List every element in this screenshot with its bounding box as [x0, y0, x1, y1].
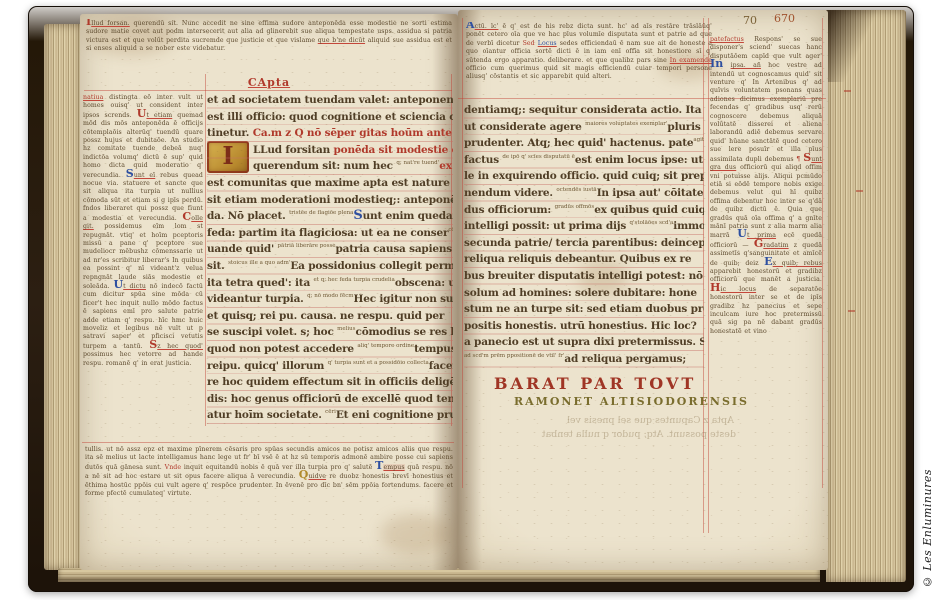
gloss-run: ctū. lc'	[475, 23, 499, 30]
fore-edge-mark	[856, 190, 863, 192]
interlinear-gloss: octendēs iustā	[556, 187, 596, 193]
text-line: positis honestis. utrū honestius. Hic lo…	[464, 318, 704, 335]
gloss-run: t etiam	[146, 112, 172, 119]
gloss-run: de separatōe honestorū inter se et de ip…	[710, 286, 822, 335]
interlinear-gloss: cēri	[325, 409, 336, 415]
ruling-line	[822, 18, 823, 488]
gloss-run: S	[126, 167, 134, 180]
text-line: querendum sit: num hec q; nat're tuend'e…	[207, 158, 453, 175]
gloss-run: inquit equitandū nobis ē quā ver illa tu…	[181, 464, 375, 471]
interlinear-gloss: ad scd'm prēm ppositionē de vtil' fr'	[464, 353, 564, 359]
gloss-run: U	[137, 107, 147, 120]
provenance-inscription-line1: BARAT PAR TOVT	[494, 374, 696, 393]
text-line: feda: partim ita flagiciosa: ut ea ne co…	[207, 225, 453, 242]
gloss-run: empus	[383, 464, 404, 471]
text-line: a panecio est ut supra dixi pretermissus…	[464, 334, 704, 351]
gloss-run: radatim	[763, 242, 788, 249]
interlinear-gloss: maiores voluptates exemplar'	[585, 121, 667, 127]
gloss-run: Vnde	[165, 464, 181, 471]
gloss-run: A	[466, 22, 475, 31]
interlinear-gloss: q' turpia sunt et a possidōio collecta	[328, 360, 429, 366]
offset-text-line: Apta z Capuntes que sel pnesis vel	[484, 414, 734, 427]
text-line: quod non potest accedere aliq' tempore o…	[207, 341, 453, 358]
gloss-run: natiua	[83, 94, 103, 101]
gloss-run: E	[764, 255, 772, 268]
ruling-line	[708, 18, 709, 533]
interlinear-gloss: de ipō q' scīes disputatū ē	[502, 154, 575, 160]
gloss-run	[723, 62, 730, 69]
text-line: videantur turpia. q; nō modo fēcmHec igi…	[207, 291, 453, 308]
interlinear-gloss: pātriā liberāre posse	[278, 243, 336, 249]
gloss-run: z hec quod'	[157, 343, 203, 350]
gloss-run: In	[710, 57, 723, 70]
text-line: se suscipi volet. s; hoc meliuscōmodius …	[207, 324, 453, 341]
text-line: sit. stoicus ille a quo adm'Ea possidoni…	[207, 258, 453, 275]
gloss-run: que b'ne dicūt	[318, 37, 365, 44]
text-line: stum ne an turpe sit: sed etiam duobus p…	[464, 301, 704, 318]
interlinear-gloss: q; nat're tuend'	[396, 160, 439, 166]
fore-edge-mark	[844, 90, 851, 92]
page-edges-left	[44, 24, 82, 570]
gloss-run: officio cum querimus quid sit magis effi…	[466, 65, 712, 80]
ruling-line	[82, 442, 454, 443]
text-line: bus breuiter disputatis intelligi potest…	[464, 268, 704, 285]
ruling-line	[84, 90, 452, 91]
blue-initial: S	[353, 208, 362, 223]
gloss-run: possidemus eīm lom st repugnāt. vtiq' et…	[83, 223, 203, 290]
gloss-run: ic locus	[721, 286, 757, 293]
gloss-run: nō indecō factū cum dicitur spūa sine mō…	[83, 283, 203, 350]
gloss-run: apparebit honestorū et gradibz officiorū…	[710, 268, 822, 283]
text-line: secunda patrie/ tercia parentibus: deinc…	[464, 235, 704, 252]
text-line: reliqua reliquis debeantur. Quibus ex re	[464, 251, 704, 268]
gloss-run: x quib; rebus	[773, 260, 822, 267]
text-line: prudenter. Atq; hec quid' hactenus. pate…	[464, 135, 704, 152]
text-line: sit etiam moderationi modestieq;: antepo…	[207, 192, 453, 209]
text-line: atur hoīm societate. cēriEt eni cognitio…	[207, 407, 453, 424]
ruling-line	[462, 18, 463, 488]
gloss-run: Locus	[538, 40, 557, 47]
text-line: dentiamq;: sequitur considerata actio. I…	[464, 102, 704, 119]
gloss-run: officiorū qui aliqd offim vni potuisse a…	[710, 164, 822, 239]
left-page: Illud forsan. querendū sit. Nunc accedit…	[80, 14, 458, 570]
text-line: et ad societatem tuendam valet: antepone…	[207, 92, 453, 109]
bottom-gloss-block: tullis. ut nō assz epz et maxime pīnerem…	[85, 446, 453, 518]
gloss-run: In examende	[670, 57, 712, 64]
text-line: da. Nō placet. tristēe de flagiōe plenaS…	[207, 208, 453, 225]
manuscript-photo: Illud forsan. querendū sit. Nunc accedit…	[0, 0, 939, 600]
text-line: factus de ipō q' scīes disputatū ēest en…	[464, 152, 704, 169]
gloss-run: ipsa. añ	[731, 62, 761, 69]
gloss-run: quemad mōd dis mōs anteponēda ē officijs…	[83, 112, 203, 179]
fore-edge-mark	[848, 310, 855, 312]
chapter-rubric: CApta	[80, 76, 458, 89]
gloss-run: patefactus	[710, 36, 744, 43]
gloss-run: llud forsan.	[91, 20, 130, 27]
interlinear-gloss: cōmissa priā liberōs possz	[448, 227, 453, 233]
text-line: nendum videre. octendēs iustāIn ipsa aut…	[464, 185, 704, 202]
ruling-line	[205, 74, 206, 426]
right-page: 70 670 Actū. lc' ē q' est de his rebz di…	[458, 10, 828, 570]
book-binding: Illud forsan. querendū sit. Nunc accedit…	[28, 6, 914, 592]
text-line: est illi officio: quod cognitione et sci…	[207, 109, 453, 126]
text-line: ita tetra qued': ita et q; hec feda turp…	[207, 275, 453, 292]
gloss-run: unt eī	[134, 172, 155, 179]
text-line: solum ad homines: solere dubitare: hone	[464, 285, 704, 302]
stain	[380, 514, 450, 554]
interlinear-gloss: q'stolāōes scd'a	[630, 220, 674, 226]
gloss-run: Sed	[523, 40, 535, 47]
right-margin-gloss-column: patefactus Respons' se sue disponer's sc…	[710, 36, 822, 528]
interlinear-gloss: stoicus ille a quo adm'	[228, 260, 290, 266]
text-line: uande quid' pātriā liberāre possepatria …	[207, 241, 453, 258]
text-line: intelligi possit: ut prima dijs q'stolāō…	[464, 218, 704, 235]
gloss-run: U	[113, 278, 123, 291]
gloss-run: t dictu	[123, 283, 146, 290]
folio-number-secondary: 670	[774, 12, 795, 25]
interlinear-gloss: melius	[337, 326, 355, 332]
main-text-column: et ad societatem tuendam valet: antepone…	[207, 92, 453, 426]
page-edges-right	[826, 10, 906, 582]
text-line: reipu. quicq' illorum q' turpia sunt et …	[207, 358, 453, 375]
gloss-run: possimus hec vetorre ad hande respu. rom…	[83, 351, 203, 366]
interlinear-gloss: et q; hec feda turpia crudelia	[314, 277, 395, 283]
gloss-run: G	[754, 237, 764, 250]
gloss-run: uidve	[308, 473, 326, 480]
gloss-run: C	[182, 210, 191, 223]
copyright-watermark: © Les Enluminures	[921, 469, 934, 588]
interlinear-gloss: tristēe de flagiōe plena	[289, 210, 353, 216]
text-line: LLud forsitan ponēda sit modestie etq;	[207, 142, 453, 159]
interlinear-gloss: q; nō modo fēcm	[307, 293, 353, 299]
gloss-run: U	[737, 227, 747, 240]
top-gloss-block: Illud forsan. querendū sit. Nunc accedit…	[86, 19, 452, 76]
folio-number: 70	[743, 14, 757, 27]
text-line: ad scd'm prēm ppositionē de vtil' fr'ad …	[464, 351, 704, 368]
text-line: dis: hoc genus officiorū de excellē quod…	[207, 391, 453, 408]
text-line: dus officiorum: gradūs offmōsex quibus q…	[464, 202, 704, 219]
gloss-run: H	[710, 281, 721, 294]
page-edges-bottom	[58, 568, 820, 582]
interlinear-gloss: agit' et scd's	[693, 137, 704, 143]
text-line: tinetur. Ca.m z Q nō sēper gitas hoūm an…	[207, 125, 453, 142]
interlinear-gloss: gradūs offmōs	[555, 204, 595, 210]
top-gloss-block: Actū. lc' ē q' est de his rebz dicta sun…	[466, 22, 712, 92]
text-line: est comunitas que maxime apta est nature	[207, 175, 453, 192]
gloss-run: hoc vestre ad intendū ut cognoscamus qui…	[710, 62, 822, 162]
text-line: le in exquirendo officio. quid cuiq; sit…	[464, 168, 704, 185]
left-margin-gloss-column: natiua distingta eō inter vult ut homes …	[83, 94, 203, 428]
interlinear-gloss: aliq' tempore ordine	[357, 343, 414, 349]
offset-text-line: deste possunt. Atq; pudor q nulla tenbat	[476, 428, 736, 441]
text-line: re hoc quidem effectum sit in officiis d…	[207, 374, 453, 391]
text-line: et quisq; rei pu. causa. ne respu. quid …	[207, 308, 453, 325]
text-line: ut considerate agere maiores voluptates …	[464, 119, 704, 136]
main-text-column: dentiamq;: sequitur considerata actio. I…	[464, 102, 704, 368]
